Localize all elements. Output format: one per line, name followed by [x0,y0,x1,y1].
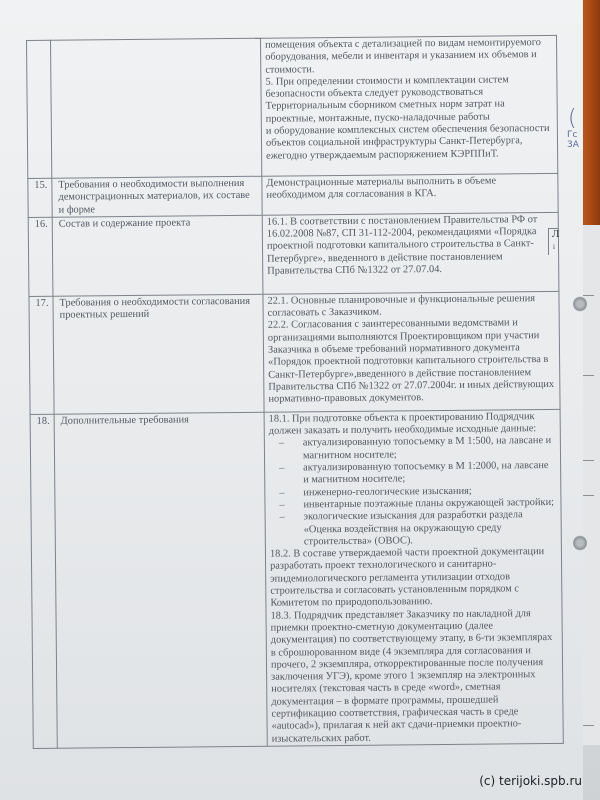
row-label: Требования о необходимости согласования … [53,294,264,414]
table-row-16: 16. Состав и содержание проекта 16.1. В … [28,212,559,296]
paragraph: 22.1. Основные планировочные и функциона… [267,293,554,320]
requirements-table-wrapper: помещения объекта с детализацией по вида… [26,35,563,749]
margin-dot: i [553,243,555,251]
row-number [27,40,52,178]
source-data-list: актуализированную топосъемку в М 1:500, … [269,435,557,548]
paragraph: 18.2. В составе утверждаемой части проек… [270,546,558,610]
paragraph: 18.3. Подрядчик представляет Заказчику п… [270,608,558,746]
margin-mark: Л [552,228,559,240]
handwritten-bracket: ( [568,106,577,131]
paragraph: 5. При определении стоимости и комплекта… [265,74,552,126]
paragraph: помещения объекта с детализацией по вида… [265,37,552,77]
row-label: Дополнительные требования [54,412,267,748]
row-body: помещения объекта с детализацией по вида… [260,35,557,176]
paragraph: 22.2. Согласования с заинтересованными в… [268,317,556,406]
document-page: помещения объекта с детализацией по вида… [0,0,583,800]
paragraph: 18.1. При подготовке объекта к проектиро… [269,411,556,438]
paragraph: Демонстрационные материалы выполнить в о… [266,175,553,202]
row-label: Состав и содержание проекта [52,215,263,296]
row-body: 16.1. В соответствии с постановлением Пр… [262,212,559,294]
punch-hole-icon [573,535,587,551]
list-item: актуализированную топосъемку в М 1:500, … [303,435,556,462]
watermark: (c) terijoki.spb.ru [479,774,582,788]
table-row-continuation: помещения объекта с детализацией по вида… [27,35,558,178]
row-number: 16. [28,217,53,296]
table-row-17: 17. Требования о необходимости согласова… [29,291,560,414]
row-body: 22.1. Основные планировочные и функциона… [263,291,560,412]
requirements-table: помещения объекта с детализацией по вида… [26,35,564,749]
table-row-18: 18. Дополнительные требования 18.1. При … [30,409,563,748]
row-number: 18. [30,414,57,748]
row-body: Демонстрационные материалы выполнить в о… [262,173,558,215]
list-item: экологические изыскания для разработки р… [304,509,557,548]
paragraph: 16.1. В соответствии с постановлением Пр… [267,214,555,278]
paragraph: и оборудование комплексных систем обеспе… [266,123,553,163]
handwritten-note: Гс 3А [567,130,579,150]
row-body: 18.1. При подготовке объекта к проектиро… [264,409,563,746]
row-label [51,38,262,178]
row-number: 17. [29,296,54,414]
table-row-15: 15. Требования о необходимости выполнени… [28,173,558,217]
punch-hole-icon [573,296,587,312]
row-number: 15. [28,178,52,217]
row-label: Требования о необходимости выполнения де… [52,176,262,217]
list-item: актуализированную топосъемку в М 1:2000,… [303,460,556,487]
